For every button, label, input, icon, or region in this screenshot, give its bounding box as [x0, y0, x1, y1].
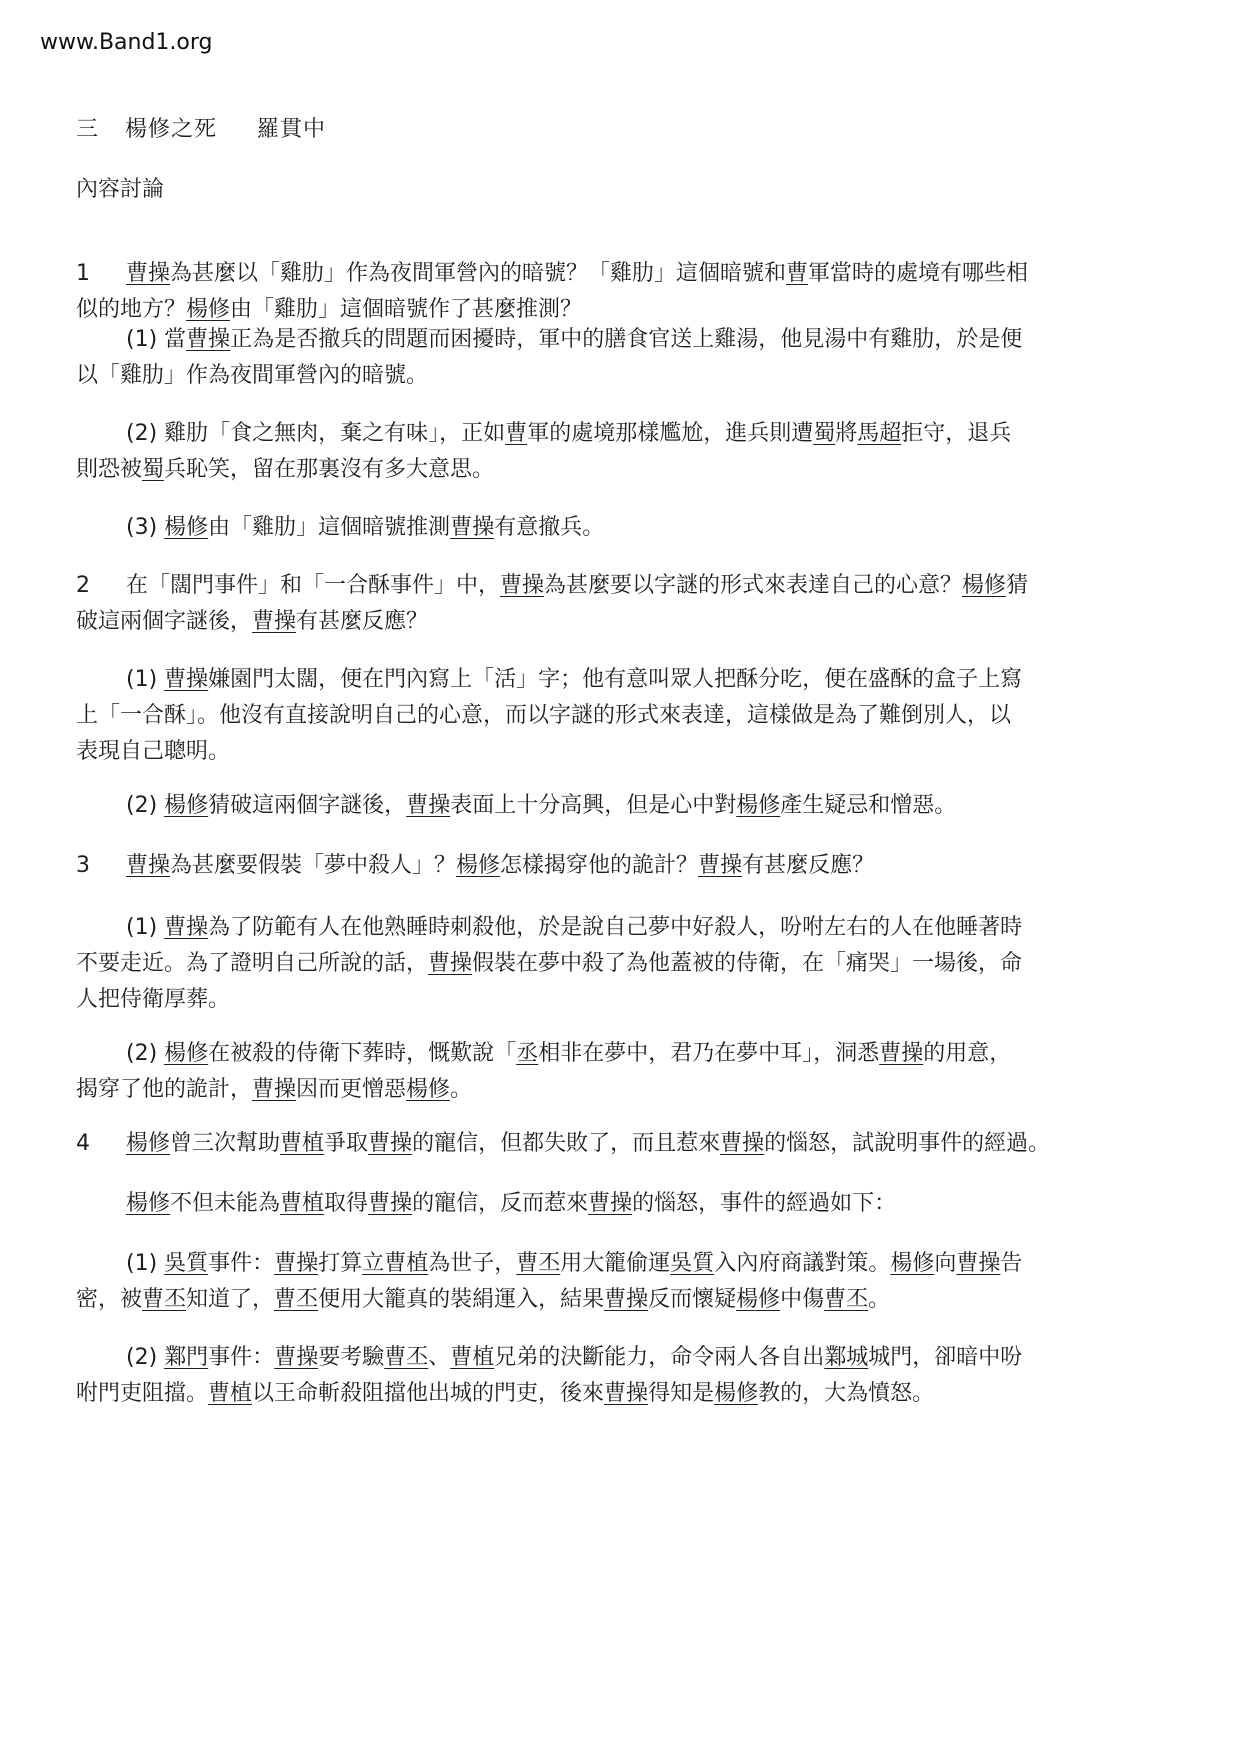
answer-label: (1) — [126, 1251, 164, 1276]
proper-name: 曹操 — [604, 1287, 648, 1312]
text-line: 楊修不但未能為曹植取得曹操的寵信，反而惹來曹操的惱怒，事件的經過如下： — [76, 1186, 1166, 1222]
proper-name: 曹操 — [604, 1381, 648, 1406]
proper-name: 曹操 — [428, 951, 472, 976]
text-run: 知道了， — [186, 1287, 274, 1312]
text-run: 咐門吏阻擋。 — [76, 1381, 208, 1406]
text-line: (2) 楊修在被殺的侍衛下葬時，慨歎說「丞相非在夢中，君乃在夢中耳」，洞悉曹操的… — [76, 1036, 1166, 1072]
proper-name: 曹丕 — [384, 1345, 428, 1370]
proper-name: 蜀 — [813, 421, 835, 446]
proper-name: 曹操 — [274, 1251, 318, 1276]
text-line: 2在「闊門事件」和「一合酥事件」中，曹操為甚麼要以字謎的形式來表達自己的心意？楊… — [76, 568, 1166, 604]
proper-name: 曹植 — [450, 1345, 494, 1370]
question-block: 2在「闊門事件」和「一合酥事件」中，曹操為甚麼要以字謎的形式來表達自己的心意？楊… — [76, 568, 1166, 640]
proper-name: 楊修 — [890, 1251, 934, 1276]
text-line: 咐門吏阻擋。曹植以王命斬殺阻擋他出城的門吏，後來曹操得知是楊修教的，大為憤怒。 — [76, 1376, 1166, 1412]
text-run: 密，被 — [76, 1287, 142, 1312]
text-run: 上「一合酥」。他沒有直接說明自己的心意，而以字謎的形式來表達，這樣做是為了難倒別… — [76, 703, 1011, 728]
proper-name: 曹丕 — [824, 1287, 868, 1312]
question-number: 1 — [76, 256, 126, 292]
text-line: 以「雞肋」作為夜間軍營內的暗號。 — [76, 358, 1166, 394]
proper-name: 吳質 — [164, 1251, 208, 1276]
proper-name: 曹操 — [450, 515, 494, 540]
text-run: 破這兩個字謎後， — [76, 609, 252, 634]
text-run: 為甚麼要假裝「夢中殺人」？ — [170, 853, 456, 878]
proper-name: 鄴城 — [824, 1345, 868, 1370]
proper-name: 曹植 — [384, 1251, 428, 1276]
proper-name: 吳質 — [670, 1251, 714, 1276]
answer-block: (1) 吳質事件：曹操打算立曹植為世子，曹丕用大籠偷運吳質入內府商議對策。楊修向… — [76, 1246, 1166, 1318]
text-run: 事件： — [208, 1251, 274, 1276]
text-line: 1曹操為甚麼以「雞肋」作為夜間軍營內的暗號？「雞肋」這個暗號和曹軍當時的處境有哪… — [76, 256, 1166, 292]
text-line: 不要走近。為了證明自己所說的話，曹操假裝在夢中殺了為他蓋被的侍衛，在「痛哭」一場… — [76, 946, 1166, 982]
answer-label: (1) — [126, 327, 164, 352]
text-line: 人把侍衛厚葬。 — [76, 982, 1166, 1018]
proper-name: 鄴門 — [164, 1345, 208, 1370]
proper-name: 曹操 — [500, 573, 544, 598]
proper-name: 曹操 — [164, 915, 208, 940]
text-run: 打算 — [318, 1251, 362, 1276]
text-run: 為了防範有人在他熟睡時刺殺他，於是說自己夢中好殺人，吩咐左右的人在他睡著時 — [208, 915, 1022, 940]
text-run: 為甚麼以「雞肋」作為夜間軍營內的暗號？「雞肋」這個暗號和 — [170, 261, 786, 286]
text-line: 4楊修曾三次幫助曹植爭取曹操的寵信，但都失敗了，而且惹來曹操的惱怒，試說明事件的… — [76, 1126, 1166, 1162]
text-line: 3曹操為甚麼要假裝「夢中殺人」？楊修怎樣揭穿他的詭計？曹操有甚麼反應？ — [76, 848, 1166, 884]
text-run: 的惱怒，事件的經過如下： — [632, 1191, 896, 1216]
text-run: 產生疑忌和憎惡。 — [780, 793, 956, 818]
text-run: 告 — [1000, 1251, 1022, 1276]
text-run: 不但未能為 — [170, 1191, 280, 1216]
text-line: 密，被曹丕知道了，曹丕便用大籠真的裝絹運入，結果曹操反而懷疑楊修中傷曹丕。 — [76, 1282, 1166, 1318]
answer-block: (2) 雞肋「食之無肉，棄之有味」，正如曹軍的處境那樣尷尬，進兵則遭蜀將馬超拒守… — [76, 416, 1166, 488]
question-number: 2 — [76, 568, 126, 604]
text-line: 破這兩個字謎後，曹操有甚麼反應？ — [76, 604, 1166, 640]
answer-label: (1) — [126, 915, 164, 940]
text-run: 表現自己聰明。 — [76, 739, 230, 764]
text-run: 城門，卻暗中吩 — [868, 1345, 1022, 1370]
answer-label: (3) — [126, 515, 164, 540]
text-run: 入內府商議對策。 — [714, 1251, 890, 1276]
proper-name: 蜀 — [142, 457, 164, 482]
text-line: (1) 當曹操正為是否撤兵的問題而困擾時，軍中的膳食官送上雞湯，他見湯中有雞肋，… — [76, 322, 1166, 358]
text-run: 軍的處境那樣尷尬，進兵則遭 — [527, 421, 813, 446]
proper-name: 楊修 — [714, 1381, 758, 1406]
text-run: 有意撤兵。 — [494, 515, 604, 540]
text-line: (1) 曹操為了防範有人在他熟睡時刺殺他，於是說自己夢中好殺人，吩咐左右的人在他… — [76, 910, 1166, 946]
answer-label: (2) — [126, 421, 164, 446]
text-run: 假裝在夢中殺了為他蓋被的侍衛，在「痛哭」一場後，命 — [472, 951, 1022, 976]
answer-block: (1) 曹操為了防範有人在他熟睡時刺殺他，於是說自己夢中好殺人，吩咐左右的人在他… — [76, 910, 1166, 1018]
lesson-name: 楊修之死 — [125, 117, 217, 142]
proper-name: 曹操 — [368, 1191, 412, 1216]
answer-block: (2) 楊修猜破這兩個字謎後，曹操表面上十分高興，但是心中對楊修產生疑忌和憎惡。 — [76, 788, 1166, 824]
text-run: 的惱怒，試說明事件的經過。 — [764, 1131, 1050, 1156]
text-run: 中傷 — [780, 1287, 824, 1312]
text-run: 爭取 — [324, 1131, 368, 1156]
proper-name: 曹植 — [208, 1381, 252, 1406]
text-run: 在被殺的侍衛下葬時，慨歎說「 — [208, 1041, 516, 1066]
lesson-title: 三楊修之死羅貫中 — [76, 112, 1166, 148]
text-run: 取得 — [324, 1191, 368, 1216]
text-run: 事件： — [208, 1345, 274, 1370]
section-heading: 內容討論 — [76, 172, 1166, 208]
proper-name: 曹 — [786, 261, 808, 286]
proper-name: 曹操 — [698, 853, 742, 878]
text-run: 猜 — [1006, 573, 1028, 598]
answer-block: (1) 當曹操正為是否撤兵的問題而困擾時，軍中的膳食官送上雞湯，他見湯中有雞肋，… — [76, 322, 1166, 394]
proper-name: 馬超 — [857, 421, 901, 446]
text-run: 軍當時的處境有哪些相 — [808, 261, 1028, 286]
text-run: 因而更憎惡 — [296, 1077, 406, 1102]
text-run: 的寵信，但都失敗了，而且惹來 — [412, 1131, 720, 1156]
text-run: 則恐被 — [76, 457, 142, 482]
proper-name: 曹操 — [588, 1191, 632, 1216]
text-run: 揭穿了他的詭計， — [76, 1077, 252, 1102]
proper-name: 曹操 — [126, 853, 170, 878]
proper-name: 曹植 — [280, 1131, 324, 1156]
text-run: 怎樣揭穿他的詭計？ — [500, 853, 698, 878]
answer-block: (1) 曹操嫌園門太闊，便在門內寫上「活」字；他有意叫眾人把酥分吃，便在盛酥的盒… — [76, 662, 1166, 770]
proper-name: 楊修 — [186, 297, 230, 322]
proper-name: 楊修 — [126, 1191, 170, 1216]
text-line: 揭穿了他的詭計，曹操因而更憎惡楊修。 — [76, 1072, 1166, 1108]
text-run: 當 — [164, 327, 186, 352]
text-run: 正為是否撤兵的問題而困擾時，軍中的膳食官送上雞湯，他見湯中有雞肋，於是便 — [230, 327, 1022, 352]
text-line: 表現自己聰明。 — [76, 734, 1166, 770]
proper-name: 丞 — [516, 1041, 538, 1066]
text-line: (2) 雞肋「食之無肉，棄之有味」，正如曹軍的處境那樣尷尬，進兵則遭蜀將馬超拒守… — [76, 416, 1166, 452]
text-run: 為甚麼要以字謎的形式來表達自己的心意？ — [544, 573, 962, 598]
text-run: 得知是 — [648, 1381, 714, 1406]
proper-name: 曹操 — [406, 793, 450, 818]
text-run: 、 — [428, 1345, 450, 1370]
question-number: 4 — [76, 1126, 126, 1162]
text-run: 反而懷疑 — [648, 1287, 736, 1312]
answer-block: (2) 楊修在被殺的侍衛下葬時，慨歎說「丞相非在夢中，君乃在夢中耳」，洞悉曹操的… — [76, 1036, 1166, 1108]
proper-name: 楊修 — [406, 1077, 450, 1102]
text-run: 曾三次幫助 — [170, 1131, 280, 1156]
text-run: 有甚麼反應？ — [296, 609, 428, 634]
text-run: 相非在夢中，君乃在夢中耳」，洞悉 — [538, 1041, 879, 1066]
lesson-author: 羅貫中 — [257, 117, 326, 142]
answer-label: (2) — [126, 1345, 164, 1370]
proper-name: 楊修 — [126, 1131, 170, 1156]
lesson-number: 三 — [76, 117, 99, 142]
text-run: 由「雞肋」這個暗號推測 — [208, 515, 450, 540]
proper-name: 楊修 — [962, 573, 1006, 598]
proper-name: 曹操 — [956, 1251, 1000, 1276]
proper-name: 曹丕 — [142, 1287, 186, 1312]
text-run: 教的，大為憤怒。 — [758, 1381, 934, 1406]
proper-name: 楊修 — [164, 515, 208, 540]
answer-label: (1) — [126, 667, 164, 692]
proper-name: 楊修 — [164, 793, 208, 818]
text-line: (1) 曹操嫌園門太闊，便在門內寫上「活」字；他有意叫眾人把酥分吃，便在盛酥的盒… — [76, 662, 1166, 698]
text-line: (2) 楊修猜破這兩個字謎後，曹操表面上十分高興，但是心中對楊修產生疑忌和憎惡。 — [76, 788, 1166, 824]
proper-name: 曹植 — [280, 1191, 324, 1216]
text-run: 表面上十分高興，但是心中對 — [450, 793, 736, 818]
proper-name: 楊修 — [736, 793, 780, 818]
text-run: 人把侍衛厚葬。 — [76, 987, 230, 1012]
proper-name: 曹 — [505, 421, 527, 446]
text-run: 。 — [868, 1287, 890, 1312]
text-run: 的寵信，反而惹來 — [412, 1191, 588, 1216]
text-line: (3) 楊修由「雞肋」這個暗號推測曹操有意撤兵。 — [76, 510, 1166, 546]
proper-name: 曹操 — [274, 1345, 318, 1370]
proper-name: 楊修 — [164, 1041, 208, 1066]
text-run: 以「雞肋」作為夜間軍營內的暗號。 — [76, 363, 428, 388]
proper-name: 曹操 — [879, 1041, 923, 1066]
proper-name: 曹操 — [720, 1131, 764, 1156]
text-line: 則恐被蜀兵恥笑，留在那裏沒有多大意思。 — [76, 452, 1166, 488]
question-block: 3曹操為甚麼要假裝「夢中殺人」？楊修怎樣揭穿他的詭計？曹操有甚麼反應？ — [76, 848, 1166, 884]
text-run: 由「雞肋」這個暗號作了甚麼推測？ — [230, 297, 582, 322]
text-run: 為世子， — [428, 1251, 516, 1276]
text-line: 上「一合酥」。他沒有直接說明自己的心意，而以字謎的形式來表達，這樣做是為了難倒別… — [76, 698, 1166, 734]
question-block: 4楊修曾三次幫助曹植爭取曹操的寵信，但都失敗了，而且惹來曹操的惱怒，試說明事件的… — [76, 1126, 1166, 1162]
text-run: 似的地方？ — [76, 297, 186, 322]
text-run: 。 — [450, 1077, 472, 1102]
text-run: 兵恥笑，留在那裏沒有多大意思。 — [164, 457, 494, 482]
text-run: 不要走近。為了證明自己所說的話， — [76, 951, 428, 976]
text-run: 用大籠偷運 — [560, 1251, 670, 1276]
answer-block: (2) 鄴門事件：曹操要考驗曹丕、曹植兄弟的決斷能力，命令兩人各自出鄴城城門，卻… — [76, 1340, 1166, 1412]
answer-label: (2) — [126, 793, 164, 818]
question-block: 1曹操為甚麼以「雞肋」作為夜間軍營內的暗號？「雞肋」這個暗號和曹軍當時的處境有哪… — [76, 256, 1166, 328]
proper-name: 曹丕 — [274, 1287, 318, 1312]
proper-name: 曹操 — [368, 1131, 412, 1156]
proper-name: 曹操 — [186, 327, 230, 352]
proper-name: 曹操 — [252, 609, 296, 634]
text-run: 以王命斬殺阻擋他出城的門吏，後來 — [252, 1381, 604, 1406]
text-line: (1) 吳質事件：曹操打算立曹植為世子，曹丕用大籠偷運吳質入內府商議對策。楊修向… — [76, 1246, 1166, 1282]
text-run: 有甚麼反應？ — [742, 853, 874, 878]
text-run: 便用大籠真的裝絹運入，結果 — [318, 1287, 604, 1312]
text-run: 在「闊門事件」和「一合酥事件」中， — [126, 573, 500, 598]
text-line: (2) 鄴門事件：曹操要考驗曹丕、曹植兄弟的決斷能力，命令兩人各自出鄴城城門，卻… — [76, 1340, 1166, 1376]
text-run: 將 — [835, 421, 857, 446]
question-number: 3 — [76, 848, 126, 884]
text-run: 要考驗 — [318, 1345, 384, 1370]
proper-name: 曹操 — [126, 261, 170, 286]
proper-name: 曹操 — [252, 1077, 296, 1102]
proper-name: 曹操 — [164, 667, 208, 692]
answer-label: (2) — [126, 1041, 164, 1066]
text-run: 嫌園門太闊，便在門內寫上「活」字；他有意叫眾人把酥分吃，便在盛酥的盒子上寫 — [208, 667, 1022, 692]
proper-name: 楊修 — [736, 1287, 780, 1312]
text-run: 兄弟的決斷能力，命令兩人各自出 — [494, 1345, 824, 1370]
text-run: 的用意， — [923, 1041, 1011, 1066]
text-run: 拒守，退兵 — [901, 421, 1011, 446]
site-watermark: www.Band1.org — [40, 30, 213, 55]
proper-name: 立 — [362, 1251, 384, 1276]
answer-block: (3) 楊修由「雞肋」這個暗號推測曹操有意撤兵。 — [76, 510, 1166, 546]
text-run: 雞肋「食之無肉，棄之有味」，正如 — [164, 421, 505, 446]
answer-intro: 楊修不但未能為曹植取得曹操的寵信，反而惹來曹操的惱怒，事件的經過如下： — [76, 1186, 1166, 1222]
text-run: 猜破這兩個字謎後， — [208, 793, 406, 818]
text-run: 向 — [934, 1251, 956, 1276]
proper-name: 曹丕 — [516, 1251, 560, 1276]
proper-name: 楊修 — [456, 853, 500, 878]
